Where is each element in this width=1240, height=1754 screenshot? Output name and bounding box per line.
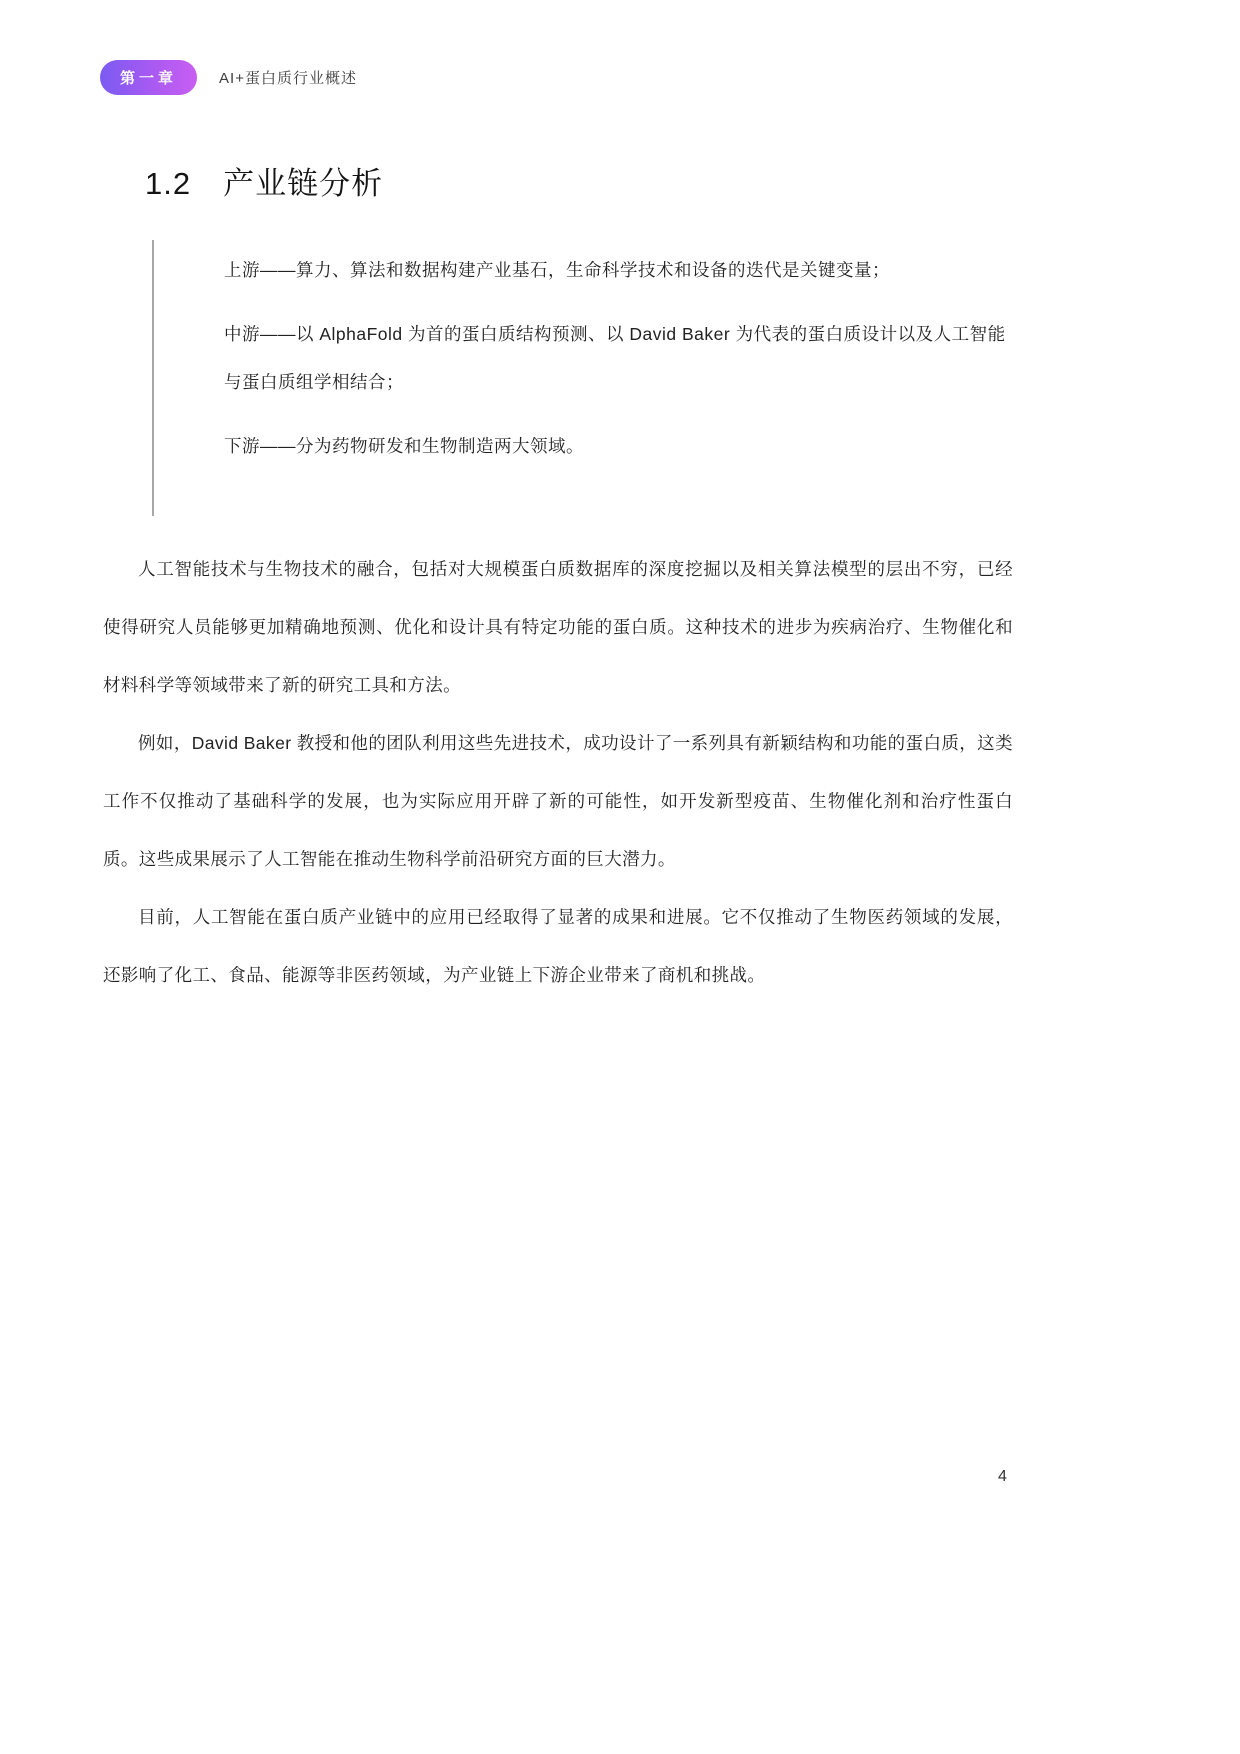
section-title: 产业链分析 [223,158,383,203]
section-number: 1.2 [145,166,191,202]
body-copy: 人工智能技术与生物技术的融合，包括对大规模蛋白质数据库的深度挖掘以及相关算法模型… [103,540,1013,1004]
page-number: 4 [998,1468,1007,1486]
body-paragraph: 目前，人工智能在蛋白质产业链中的应用已经取得了显著的成果和进展。它不仅推动了生物… [103,888,1013,1004]
key-point-downstream: 下游——分为药物研发和生物制造两大领域。 [224,422,1014,470]
body-paragraph: 例如，David Baker 教授和他的团队利用这些先进技术，成功设计了一系列具… [103,714,1013,888]
body-paragraph: 人工智能技术与生物技术的融合，包括对大规模蛋白质数据库的深度挖掘以及相关算法模型… [103,540,1013,714]
key-points-block: 上游——算力、算法和数据构建产业基石，生命科学技术和设备的迭代是关键变量； 中游… [152,240,1014,516]
key-point-midstream: 中游——以 AlphaFold 为首的蛋白质结构预测、以 David Baker… [224,310,1014,406]
section-heading: 1.2 产业链分析 [145,158,383,203]
key-point-upstream: 上游——算力、算法和数据构建产业基石，生命科学技术和设备的迭代是关键变量； [224,246,1014,294]
chapter-badge: 第一章 [100,60,197,95]
running-header: 第一章 AI+蛋白质行业概述 [100,60,357,95]
document-page: 第一章 AI+蛋白质行业概述 1.2 产业链分析 上游——算力、算法和数据构建产… [0,0,1240,1754]
chapter-title: AI+蛋白质行业概述 [219,67,357,88]
